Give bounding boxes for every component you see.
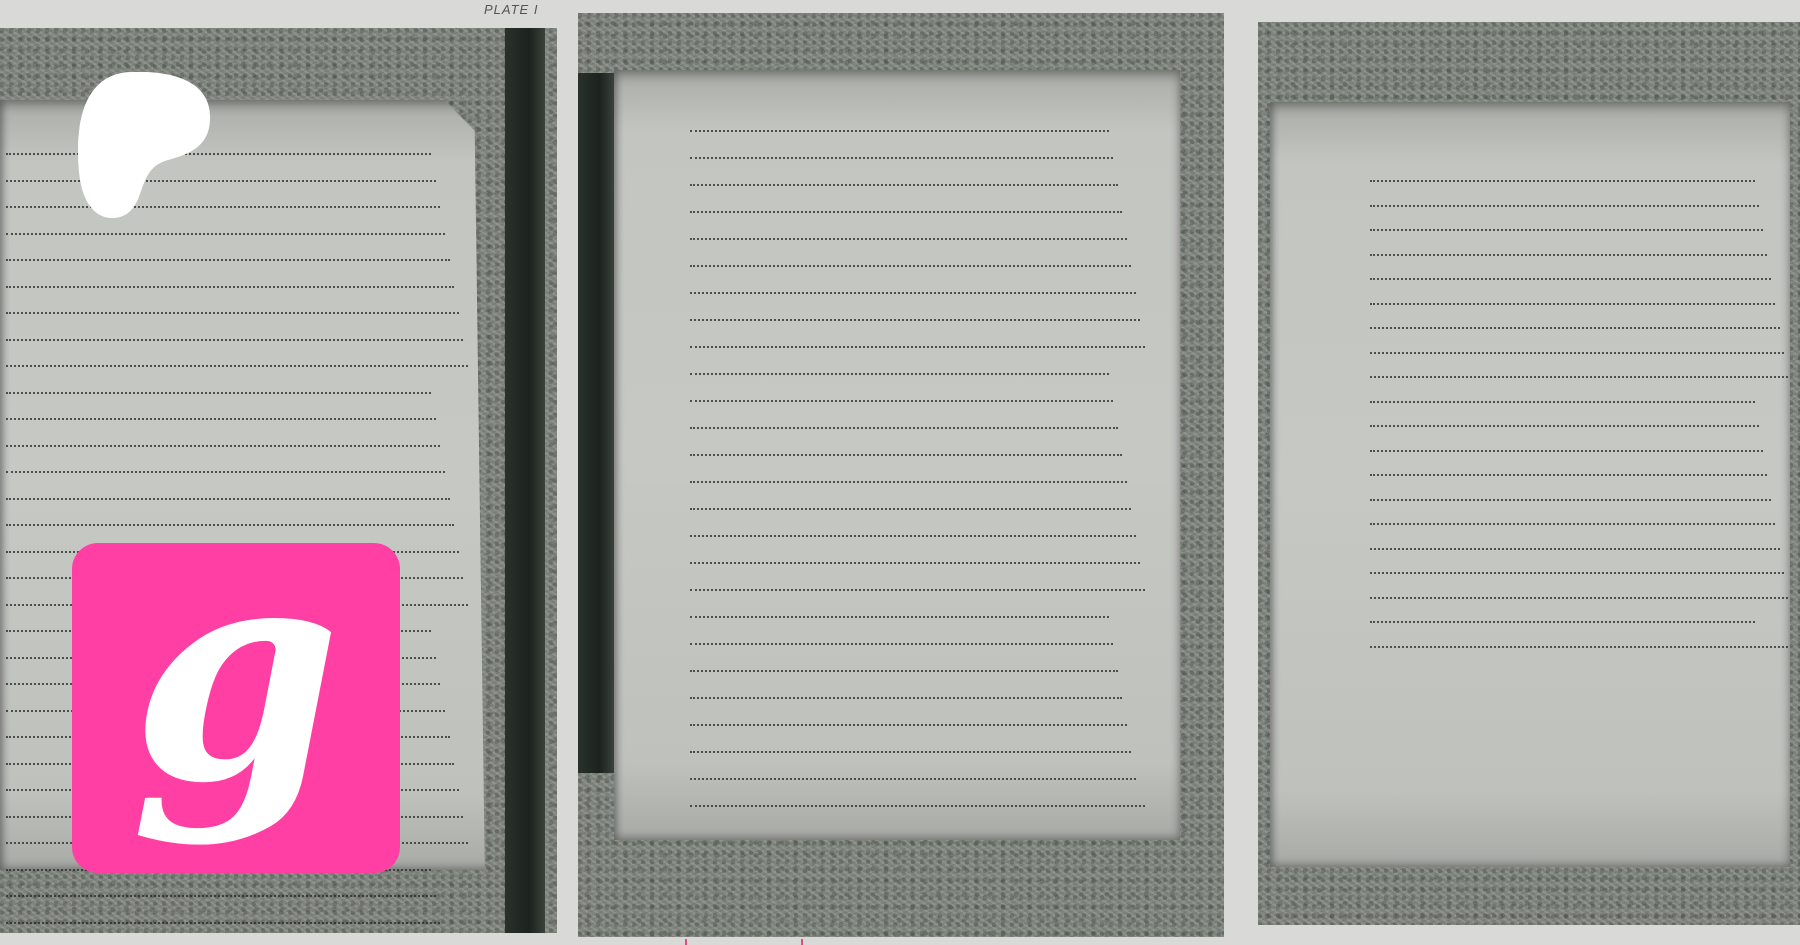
text-line <box>1370 401 1755 405</box>
text-line <box>1370 352 1784 356</box>
binding-edge <box>505 28 545 933</box>
script-g-icon: g <box>131 523 341 823</box>
text-line <box>6 339 463 343</box>
text-line <box>6 233 445 237</box>
registration-mark <box>801 939 803 945</box>
text-line <box>1370 180 1755 184</box>
text-line <box>6 153 431 157</box>
text-line <box>1370 499 1771 503</box>
text-line <box>690 643 1113 647</box>
text-line <box>1370 425 1759 429</box>
text-line <box>690 670 1118 674</box>
text-line <box>6 895 436 899</box>
text-line <box>6 259 450 263</box>
text-line <box>1370 621 1755 625</box>
text-line <box>690 184 1118 188</box>
text-line <box>690 481 1127 485</box>
plate-label: PLATE I <box>484 2 538 17</box>
text-line <box>690 697 1122 701</box>
text-line <box>1370 303 1775 307</box>
text-line <box>690 400 1113 404</box>
text-line <box>1370 278 1771 282</box>
text-line <box>1370 646 1788 650</box>
handwritten-text <box>690 130 1145 809</box>
text-line <box>1370 548 1780 552</box>
text-line <box>690 346 1145 350</box>
text-line <box>690 508 1131 512</box>
text-line <box>1370 474 1767 478</box>
text-line <box>6 206 440 210</box>
text-line <box>690 292 1136 296</box>
text-line <box>6 922 440 926</box>
text-line <box>1370 376 1788 380</box>
text-line <box>690 238 1127 242</box>
text-line <box>690 157 1113 161</box>
text-line <box>1370 572 1784 576</box>
text-line <box>690 454 1122 458</box>
text-line <box>1370 327 1780 331</box>
right-manuscript-photo <box>1258 22 1800 925</box>
text-line <box>690 562 1140 566</box>
text-line <box>1370 205 1759 209</box>
registration-mark <box>685 939 687 945</box>
middle-manuscript-photo <box>578 13 1224 937</box>
text-line <box>690 778 1136 782</box>
text-line <box>690 751 1131 755</box>
text-line <box>6 418 436 422</box>
text-line <box>690 427 1118 431</box>
text-line <box>690 589 1145 593</box>
text-line <box>6 365 468 369</box>
text-line <box>1370 450 1763 454</box>
text-line <box>6 180 436 184</box>
text-line <box>690 805 1145 809</box>
text-line <box>690 616 1109 620</box>
text-line <box>690 319 1140 323</box>
text-line <box>6 392 431 396</box>
text-line <box>1370 523 1775 527</box>
text-line <box>690 211 1122 215</box>
text-line <box>690 265 1131 269</box>
text-line <box>690 373 1109 377</box>
text-line <box>1370 254 1767 258</box>
binding-edge <box>578 73 614 773</box>
text-line <box>1370 229 1763 233</box>
text-line <box>6 286 454 290</box>
text-line <box>690 724 1127 728</box>
text-line <box>690 535 1136 539</box>
text-line <box>6 471 445 475</box>
patreon-blob-icon <box>78 72 212 218</box>
text-line <box>6 312 459 316</box>
text-line <box>1370 597 1788 601</box>
handwritten-text <box>1370 180 1788 650</box>
text-line <box>690 130 1109 134</box>
pink-g-logo-tile: g <box>72 543 400 873</box>
text-line <box>6 445 440 449</box>
